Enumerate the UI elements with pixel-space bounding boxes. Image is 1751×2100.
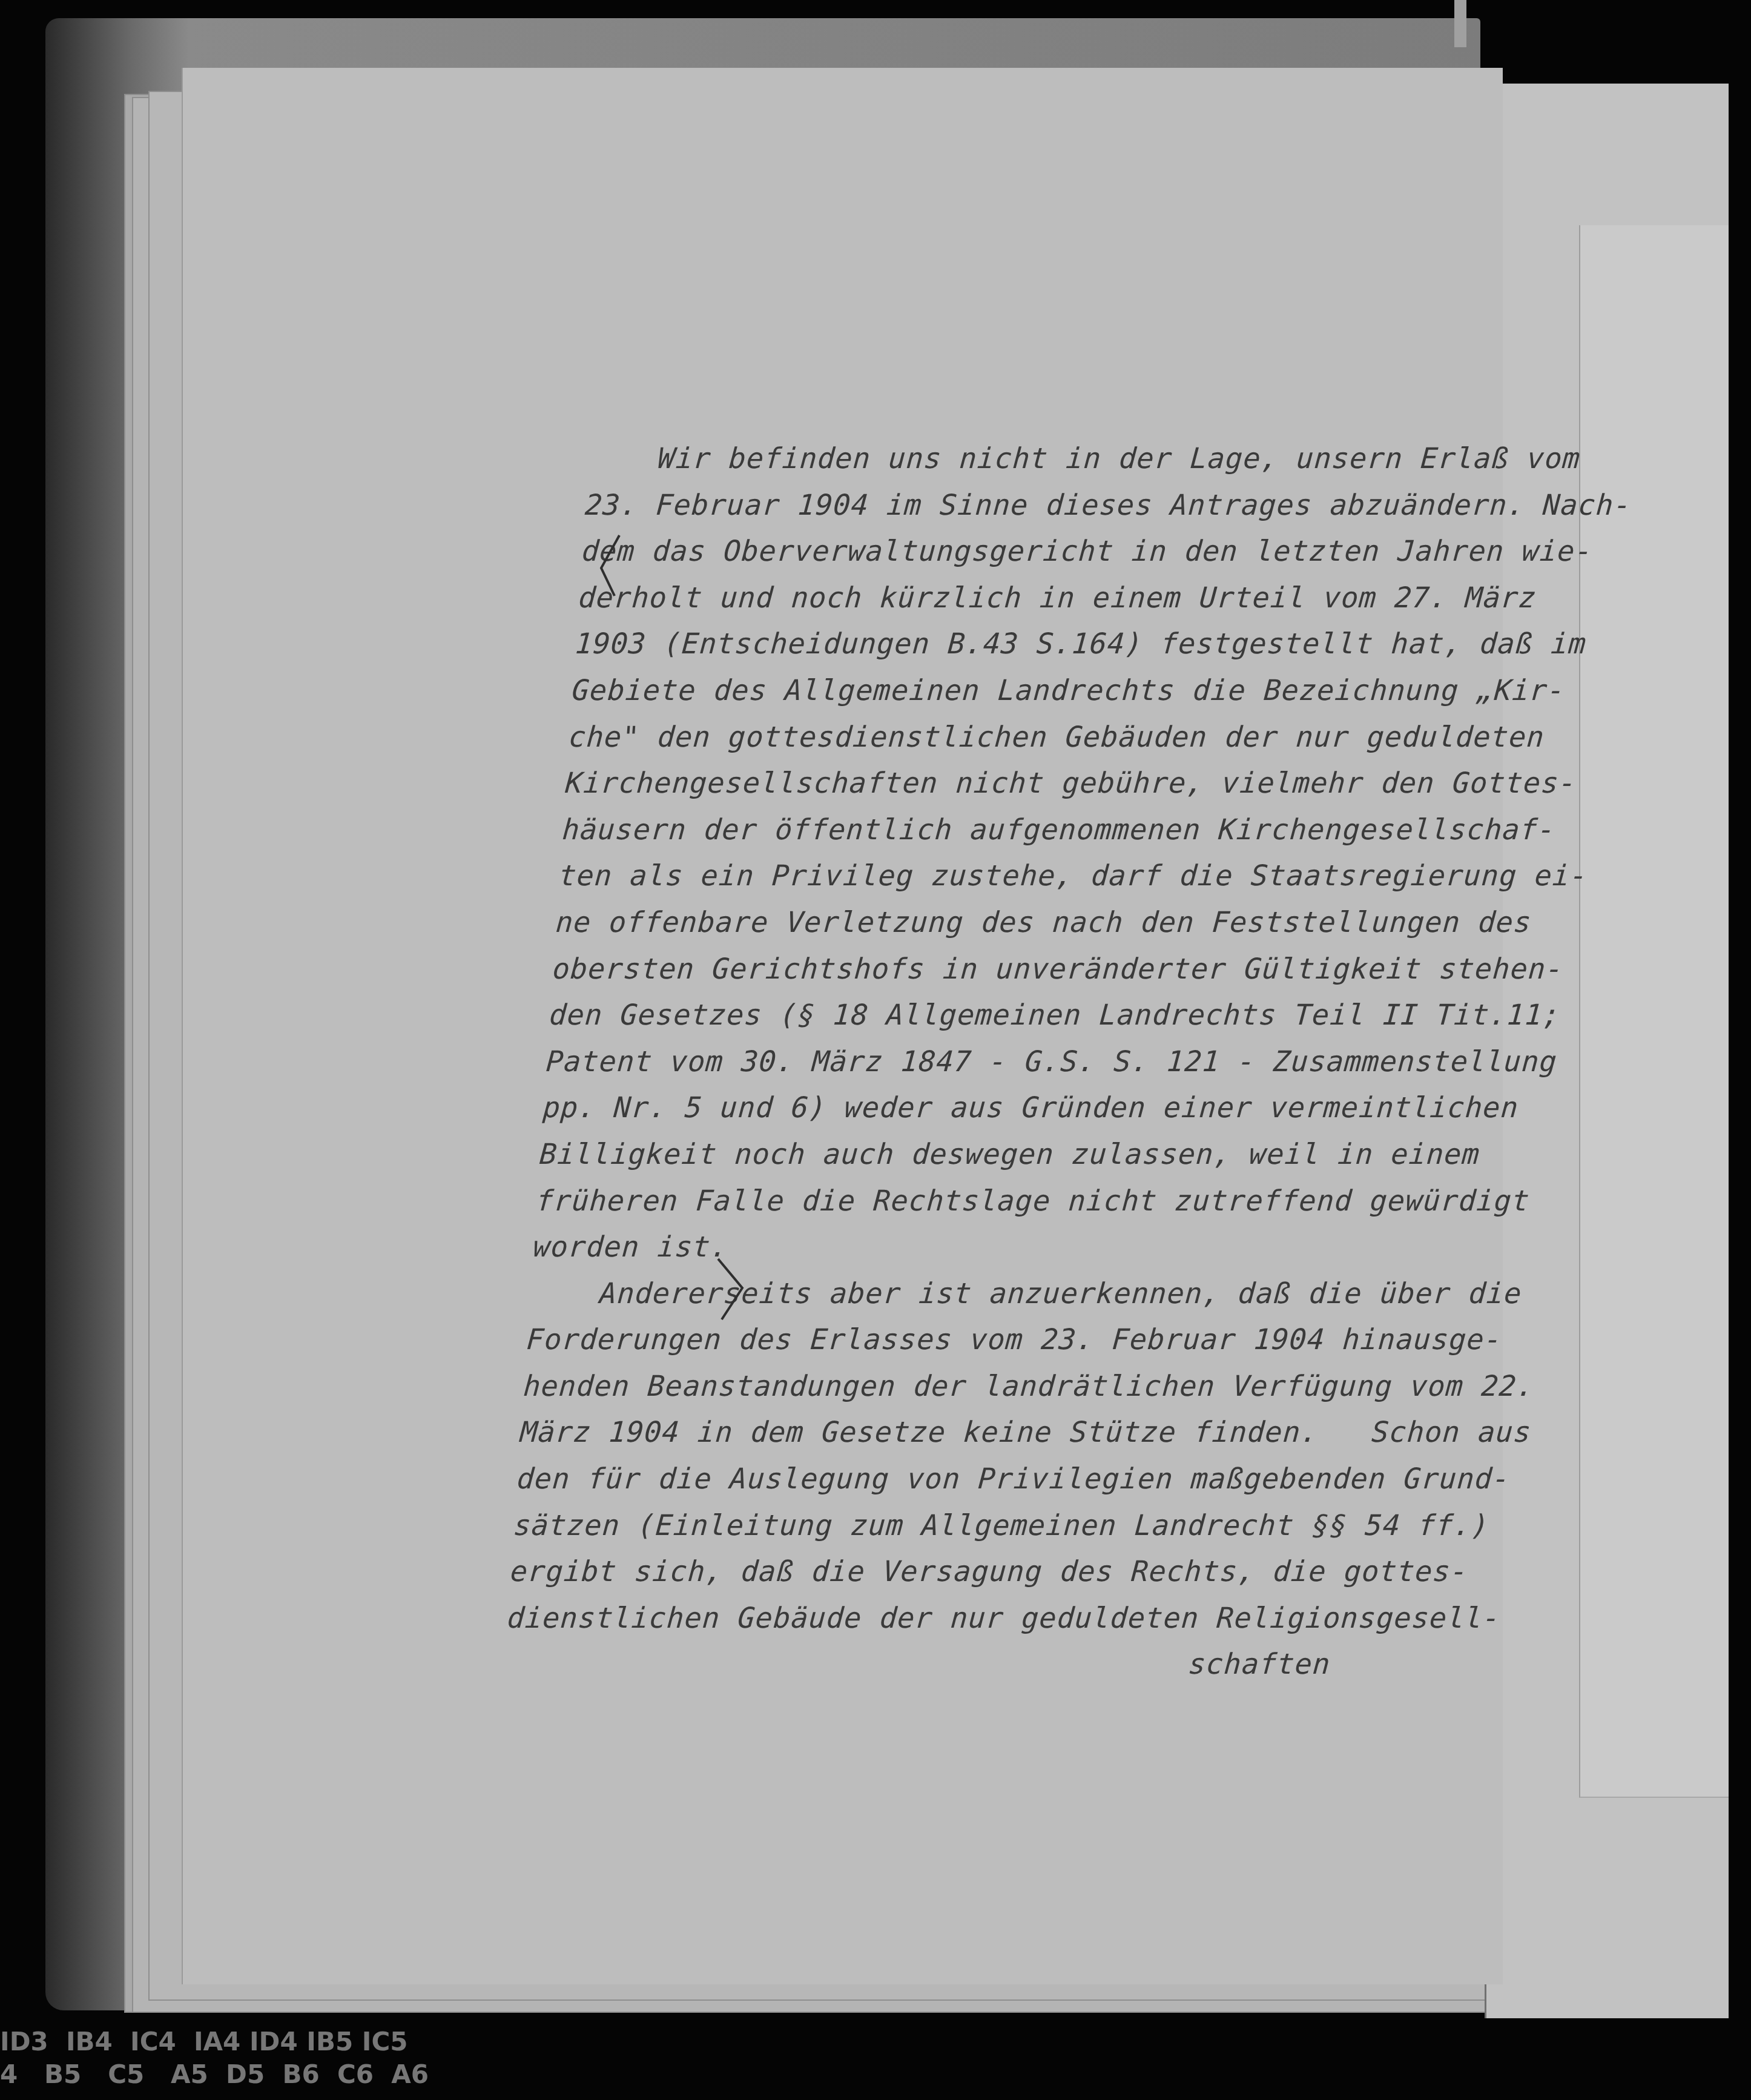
text-line: ten als ein Privileg zustehe, darf die S… bbox=[558, 853, 1505, 900]
text-line: sätzen (Einleitung zum Allgemeinen Landr… bbox=[512, 1503, 1460, 1550]
facing-page-insert bbox=[1579, 225, 1729, 1798]
text-line: dienstlichen Gebäude der nur geduldeten … bbox=[506, 1596, 1453, 1642]
text-line: Wir befinden uns nicht in der Lage, unse… bbox=[587, 436, 1534, 483]
text-line: ergibt sich, daß die Versagung des Recht… bbox=[509, 1549, 1456, 1596]
text-line: Kirchengesellschaften nicht gebühre, vie… bbox=[564, 761, 1511, 807]
text-line: 23. Februar 1904 im Sinne dieses Antrage… bbox=[584, 483, 1531, 529]
text-line: häusern der öffentlich aufgenommenen Kir… bbox=[561, 807, 1508, 854]
top-tab bbox=[1454, 0, 1466, 47]
text-line: derholt und noch kürzlich in einem Urtei… bbox=[577, 575, 1525, 622]
text-line: Andererseits aber ist anzuerkennen, daß … bbox=[529, 1271, 1476, 1318]
film-marker-row: 4 B5 C5 A5 D5 B6 C6 A6 bbox=[0, 2058, 545, 2091]
film-frame-markers: ID3 IB4 IC4 IA4 ID4 IB5 IC5 4 B5 C5 A5 D… bbox=[0, 2026, 545, 2098]
typed-text: Wir befinden uns nicht in der Lage, unse… bbox=[503, 436, 1535, 1688]
text-line: früheren Falle die Rechtslage nicht zutr… bbox=[535, 1178, 1482, 1225]
bracket-open-mark-icon bbox=[596, 533, 633, 599]
text-line: Gebiete des Allgemeinen Landrechts die B… bbox=[570, 668, 1518, 715]
text-line: obersten Gerichtshofs in unveränderter G… bbox=[551, 946, 1499, 993]
text-line: Billigkeit noch auch deswegen zulassen, … bbox=[538, 1132, 1486, 1178]
text-line: 1903 (Entscheidungen B.43 S.164) festges… bbox=[574, 621, 1522, 668]
text-line: che" den gottesdienstlichen Gebäuden der… bbox=[567, 715, 1515, 761]
text-line: worden ist. bbox=[532, 1224, 1479, 1271]
text-line: pp. Nr. 5 und 6) weder aus Gründen einer… bbox=[541, 1085, 1489, 1132]
bracket-close-mark-icon bbox=[713, 1256, 750, 1323]
text-line: Patent vom 30. März 1847 - G.S. S. 121 -… bbox=[544, 1039, 1492, 1086]
film-marker-row: ID3 IB4 IC4 IA4 ID4 IB5 IC5 bbox=[0, 2026, 545, 2058]
text-line: henden Beanstandungen der landrätlichen … bbox=[522, 1364, 1469, 1410]
text-line: ne offenbare Verletzung des nach den Fes… bbox=[554, 900, 1502, 946]
text-line: März 1904 in dem Gesetze keine Stütze fi… bbox=[518, 1410, 1466, 1456]
catchword: schaften bbox=[503, 1642, 1450, 1688]
text-line: den für die Auslegung von Privilegien ma… bbox=[515, 1456, 1463, 1503]
text-line: den Gesetzes (§ 18 Allgemeinen Landrecht… bbox=[548, 992, 1495, 1039]
text-line: Forderungen des Erlasses vom 23. Februar… bbox=[525, 1317, 1472, 1364]
text-line: dem das Oberverwaltungsgericht in den le… bbox=[580, 529, 1528, 575]
